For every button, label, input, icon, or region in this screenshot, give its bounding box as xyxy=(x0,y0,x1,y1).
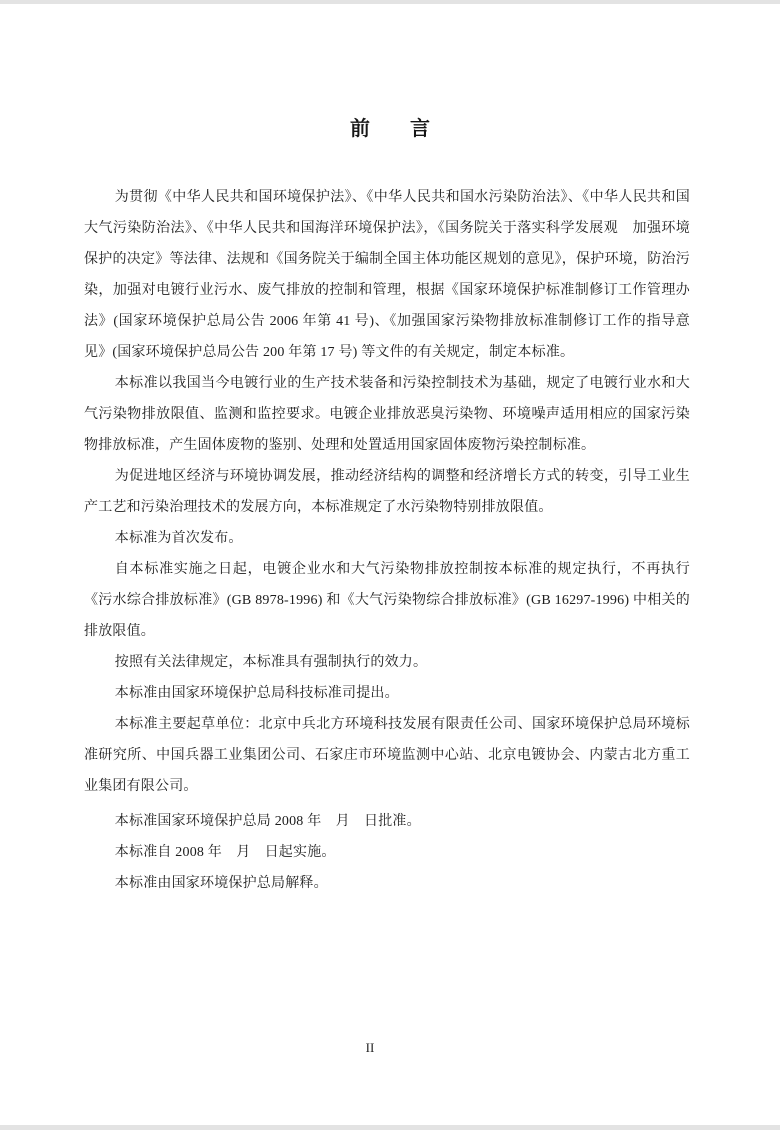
page-edge-top xyxy=(0,0,780,4)
paragraph-first-issue: 本标准为首次发布。 xyxy=(84,523,690,554)
paragraph-interpretation: 本标准由国家环境保护总局解释。 xyxy=(84,868,690,899)
document-title: 前 言 xyxy=(0,112,780,141)
paragraph-mandatory: 按照有关法律规定，本标准具有强制执行的效力。 xyxy=(84,647,690,678)
paragraph-legal-basis: 为贯彻《中华人民共和国环境保护法》、《中华人民共和国水污染防治法》、《中华人民共… xyxy=(84,182,690,368)
page-edge-bottom xyxy=(0,1125,780,1130)
page-number: II xyxy=(0,1040,740,1056)
paragraph-special-limits: 为促进地区经济与环境协调发展，推动经济结构的调整和经济增长方式的转变，引导工业生… xyxy=(84,461,690,523)
paragraph-drafting-units: 本标准主要起草单位：北京中兵北方环境科技发展有限责任公司、国家环境保护总局环境标… xyxy=(84,709,690,802)
paragraph-approval-date: 本标准国家环境保护总局 2008 年 月 日批准。 xyxy=(84,806,690,837)
paragraph-proposed-by: 本标准由国家环境保护总局科技标准司提出。 xyxy=(84,678,690,709)
document-body: 为贯彻《中华人民共和国环境保护法》、《中华人民共和国水污染防治法》、《中华人民共… xyxy=(84,182,690,899)
paragraph-effective-date: 本标准自 2008 年 月 日起实施。 xyxy=(84,837,690,868)
paragraph-scope: 本标准以我国当今电镀行业的生产技术装备和污染控制技术为基础，规定了电镀行业水和大… xyxy=(84,368,690,461)
document-page: 前 言 为贯彻《中华人民共和国环境保护法》、《中华人民共和国水污染防治法》、《中… xyxy=(0,0,780,1130)
paragraph-implementation: 自本标准实施之日起，电镀企业水和大气污染物排放控制按本标准的规定执行，不再执行《… xyxy=(84,554,690,647)
